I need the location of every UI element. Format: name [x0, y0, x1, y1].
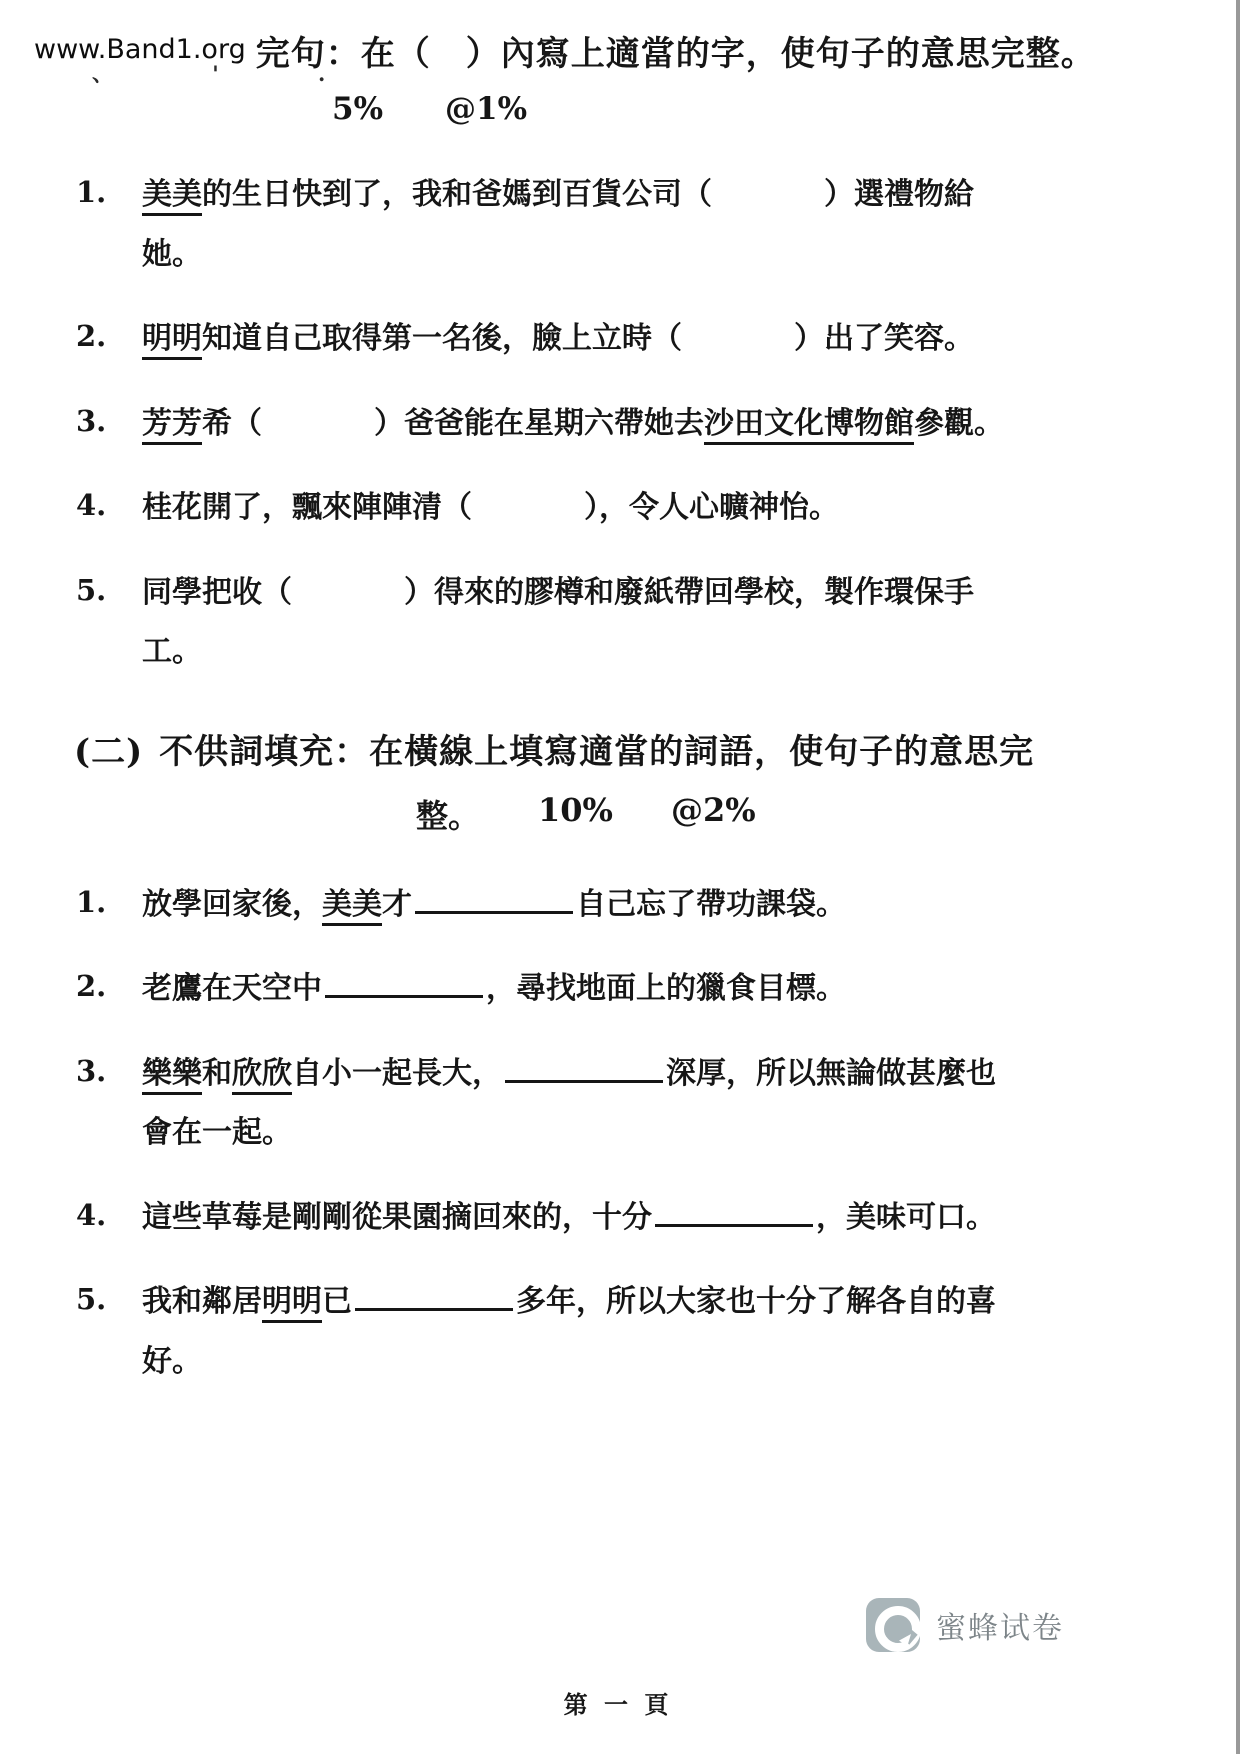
question-text: 桂花開了，飄來陣陣清（），令人心曠神怡。	[142, 486, 839, 530]
section2-header: (二)不供詞填充：在橫線上填寫適當的詞語，使句子的意思完 整。 10% @2%	[0, 724, 1236, 837]
question-line: 老鷹在天空中，尋找地面上的獵食目標。	[142, 967, 846, 1011]
question-item: 5.我和鄰居明明已多年，所以大家也十分了解各自的喜好。	[76, 1280, 1196, 1383]
answer-blank-line	[415, 909, 573, 914]
section1-score-line: 5% @1%	[332, 91, 1236, 127]
underlined-name: 明明	[142, 321, 202, 360]
sentence-text: 知道自己取得第一名後，臉上立時	[202, 321, 652, 356]
sentence-text: 工。	[142, 634, 202, 669]
sentence-text: 自己忘了帶功課袋。	[576, 887, 846, 922]
answer-blank-line	[655, 1222, 813, 1227]
sentence-text: 出了笑容。	[824, 321, 974, 356]
question-item: 3.芳芳希（）爸爸能在星期六帶她去沙田文化博物館參觀。	[76, 402, 1196, 446]
sentence-text: 自小一起長大，	[292, 1056, 502, 1091]
question-item: 5.同學把收（）得來的膠樽和廢紙帶回學校，製作環保手工。	[76, 571, 1196, 674]
exam-page: 、 ' . www.Band1.org 完句：在（ ）內寫上適當的字，使句子的意…	[0, 0, 1240, 1754]
section2-question-list: 1.放學回家後，美美才自己忘了帶功課袋。2.老鷹在天空中，尋找地面上的獵食目標。…	[0, 883, 1236, 1384]
sentence-text: 桂花開了，飄來陣陣清	[142, 490, 442, 525]
answer-blank-line	[355, 1307, 513, 1312]
sentence-text: 已	[322, 1284, 352, 1319]
sentence-text: 的生日快到了，我和爸媽到百貨公司	[202, 177, 682, 212]
sentence-text: 這些草莓是剛剛從果園摘回來的，十分	[142, 1200, 652, 1235]
underlined-name: 欣欣	[232, 1056, 292, 1095]
underlined-name: 美美	[322, 887, 382, 926]
question-line: 我和鄰居明明已多年，所以大家也十分了解各自的喜	[142, 1280, 996, 1324]
logo-ring	[875, 1606, 921, 1652]
answer-blank-line	[325, 994, 483, 999]
question-text: 明明知道自己取得第一名後，臉上立時（）出了笑容。	[142, 317, 974, 361]
question-number: 1.	[76, 883, 142, 927]
question-number: 2.	[76, 967, 142, 1011]
question-text: 樂樂和欣欣自小一起長大，深厚，所以無論做甚麼也會在一起。	[142, 1052, 996, 1155]
question-item: 2.明明知道自己取得第一名後，臉上立時（）出了笑容。	[76, 317, 1196, 361]
bee-exam-logo-icon	[866, 1598, 920, 1652]
question-line: 會在一起。	[142, 1111, 996, 1155]
sentence-text: 爸爸能在星期六帶她去	[404, 406, 704, 441]
sentence-text: ，美味可口。	[816, 1200, 996, 1235]
question-number: 4.	[76, 486, 142, 530]
question-line: 美美的生日快到了，我和爸媽到百貨公司（）選禮物給	[142, 173, 974, 217]
section2-score-total: 10%	[538, 791, 613, 837]
sentence-text: 深厚，所以無論做甚麼也	[666, 1056, 996, 1091]
sentence-text: 才	[382, 887, 412, 922]
sentence-text: 她。	[142, 237, 202, 272]
question-line: 她。	[142, 233, 974, 277]
sentence-text: 同學把收	[142, 575, 262, 610]
question-line: 芳芳希（）爸爸能在星期六帶她去沙田文化博物館參觀。	[142, 402, 1004, 446]
paren-answer-blank: （）	[682, 177, 854, 212]
underlined-name: 沙田文化博物館	[704, 406, 914, 445]
question-line: 明明知道自己取得第一名後，臉上立時（）出了笑容。	[142, 317, 974, 361]
paren-answer-blank: （）	[262, 575, 434, 610]
section1-score-each: @1%	[445, 91, 527, 127]
question-number: 3.	[76, 1052, 142, 1155]
answer-blank-line	[505, 1078, 663, 1083]
sentence-text: 會在一起。	[142, 1115, 292, 1150]
question-number: 5.	[76, 571, 142, 674]
question-item: 3.樂樂和欣欣自小一起長大，深厚，所以無論做甚麼也會在一起。	[76, 1052, 1196, 1155]
section2-title-wrap: 整。	[416, 791, 480, 837]
question-line: 放學回家後，美美才自己忘了帶功課袋。	[142, 883, 846, 927]
question-text: 同學把收（）得來的膠樽和廢紙帶回學校，製作環保手工。	[142, 571, 974, 674]
sentence-text: 多年，所以大家也十分了解各自的喜	[516, 1284, 996, 1319]
underlined-name: 明明	[262, 1284, 322, 1323]
question-line: 好。	[142, 1340, 996, 1384]
sentence-text: 老鷹在天空中	[142, 971, 322, 1006]
question-number: 2.	[76, 317, 142, 361]
section2-score-each: @2%	[671, 791, 756, 837]
question-line: 同學把收（）得來的膠樽和廢紙帶回學校，製作環保手	[142, 571, 974, 615]
underlined-name: 芳芳	[142, 406, 202, 445]
question-text: 美美的生日快到了，我和爸媽到百貨公司（）選禮物給她。	[142, 173, 974, 276]
question-line: 桂花開了，飄來陣陣清（），令人心曠神怡。	[142, 486, 839, 530]
question-item: 1.放學回家後，美美才自己忘了帶功課袋。	[76, 883, 1196, 927]
question-text: 芳芳希（）爸爸能在星期六帶她去沙田文化博物館參觀。	[142, 402, 1004, 446]
brand-name: 蜜蜂试卷	[936, 1603, 1064, 1647]
sentence-text: 放學回家後，	[142, 887, 322, 922]
sentence-text: 我和鄰居	[142, 1284, 262, 1319]
question-number: 3.	[76, 402, 142, 446]
question-number: 4.	[76, 1196, 142, 1240]
sentence-text: ，尋找地面上的獵食目標。	[486, 971, 846, 1006]
sentence-text: 希	[202, 406, 232, 441]
question-item: 4.桂花開了，飄來陣陣清（），令人心曠神怡。	[76, 486, 1196, 530]
question-item: 2.老鷹在天空中，尋找地面上的獵食目標。	[76, 967, 1196, 1011]
section2-label: (二)	[74, 732, 143, 772]
question-line: 工。	[142, 630, 974, 674]
sentence-text: 得來的膠樽和廢紙帶回學校，製作環保手	[434, 575, 974, 610]
section2-score-line: 整。 10% @2%	[416, 791, 1206, 837]
question-line: 這些草莓是剛剛從果園摘回來的，十分，美味可口。	[142, 1196, 996, 1240]
page-number: 第 一 頁	[0, 1685, 1236, 1720]
question-item: 4.這些草莓是剛剛從果園摘回來的，十分，美味可口。	[76, 1196, 1196, 1240]
brand-badge: 蜜蜂试卷	[866, 1598, 1064, 1652]
question-text: 我和鄰居明明已多年，所以大家也十分了解各自的喜好。	[142, 1280, 996, 1383]
question-number: 1.	[76, 173, 142, 276]
paren-answer-blank: （）	[652, 321, 824, 356]
underlined-name: 美美	[142, 177, 202, 216]
paren-answer-blank: （）	[442, 490, 599, 525]
question-text: 這些草莓是剛剛從果園摘回來的，十分，美味可口。	[142, 1196, 996, 1240]
question-text: 老鷹在天空中，尋找地面上的獵食目標。	[142, 967, 846, 1011]
sentence-text: 和	[202, 1056, 232, 1091]
question-text: 放學回家後，美美才自己忘了帶功課袋。	[142, 883, 846, 927]
section1-question-list: 1.美美的生日快到了，我和爸媽到百貨公司（）選禮物給她。2.明明知道自己取得第一…	[0, 173, 1236, 674]
sentence-text: ，令人心曠神怡。	[599, 490, 839, 525]
question-number: 5.	[76, 1280, 142, 1383]
question-item: 1.美美的生日快到了，我和爸媽到百貨公司（）選禮物給她。	[76, 173, 1196, 276]
question-line: 樂樂和欣欣自小一起長大，深厚，所以無論做甚麼也	[142, 1052, 996, 1096]
sentence-text: 選禮物給	[854, 177, 974, 212]
scan-artifacts: 、 ' .	[92, 58, 371, 88]
section1-score-total: 5%	[332, 91, 383, 127]
paren-answer-blank: （）	[232, 406, 404, 441]
section2-title: 不供詞填充：在橫線上填寫適當的詞語，使句子的意思完	[159, 732, 1034, 772]
sentence-text: 參觀。	[914, 406, 1004, 441]
underlined-name: 樂樂	[142, 1056, 202, 1095]
sentence-text: 好。	[142, 1344, 202, 1379]
section1-title: 完句：在（ ）內寫上適當的字，使句子的意思完整。	[256, 26, 1096, 75]
